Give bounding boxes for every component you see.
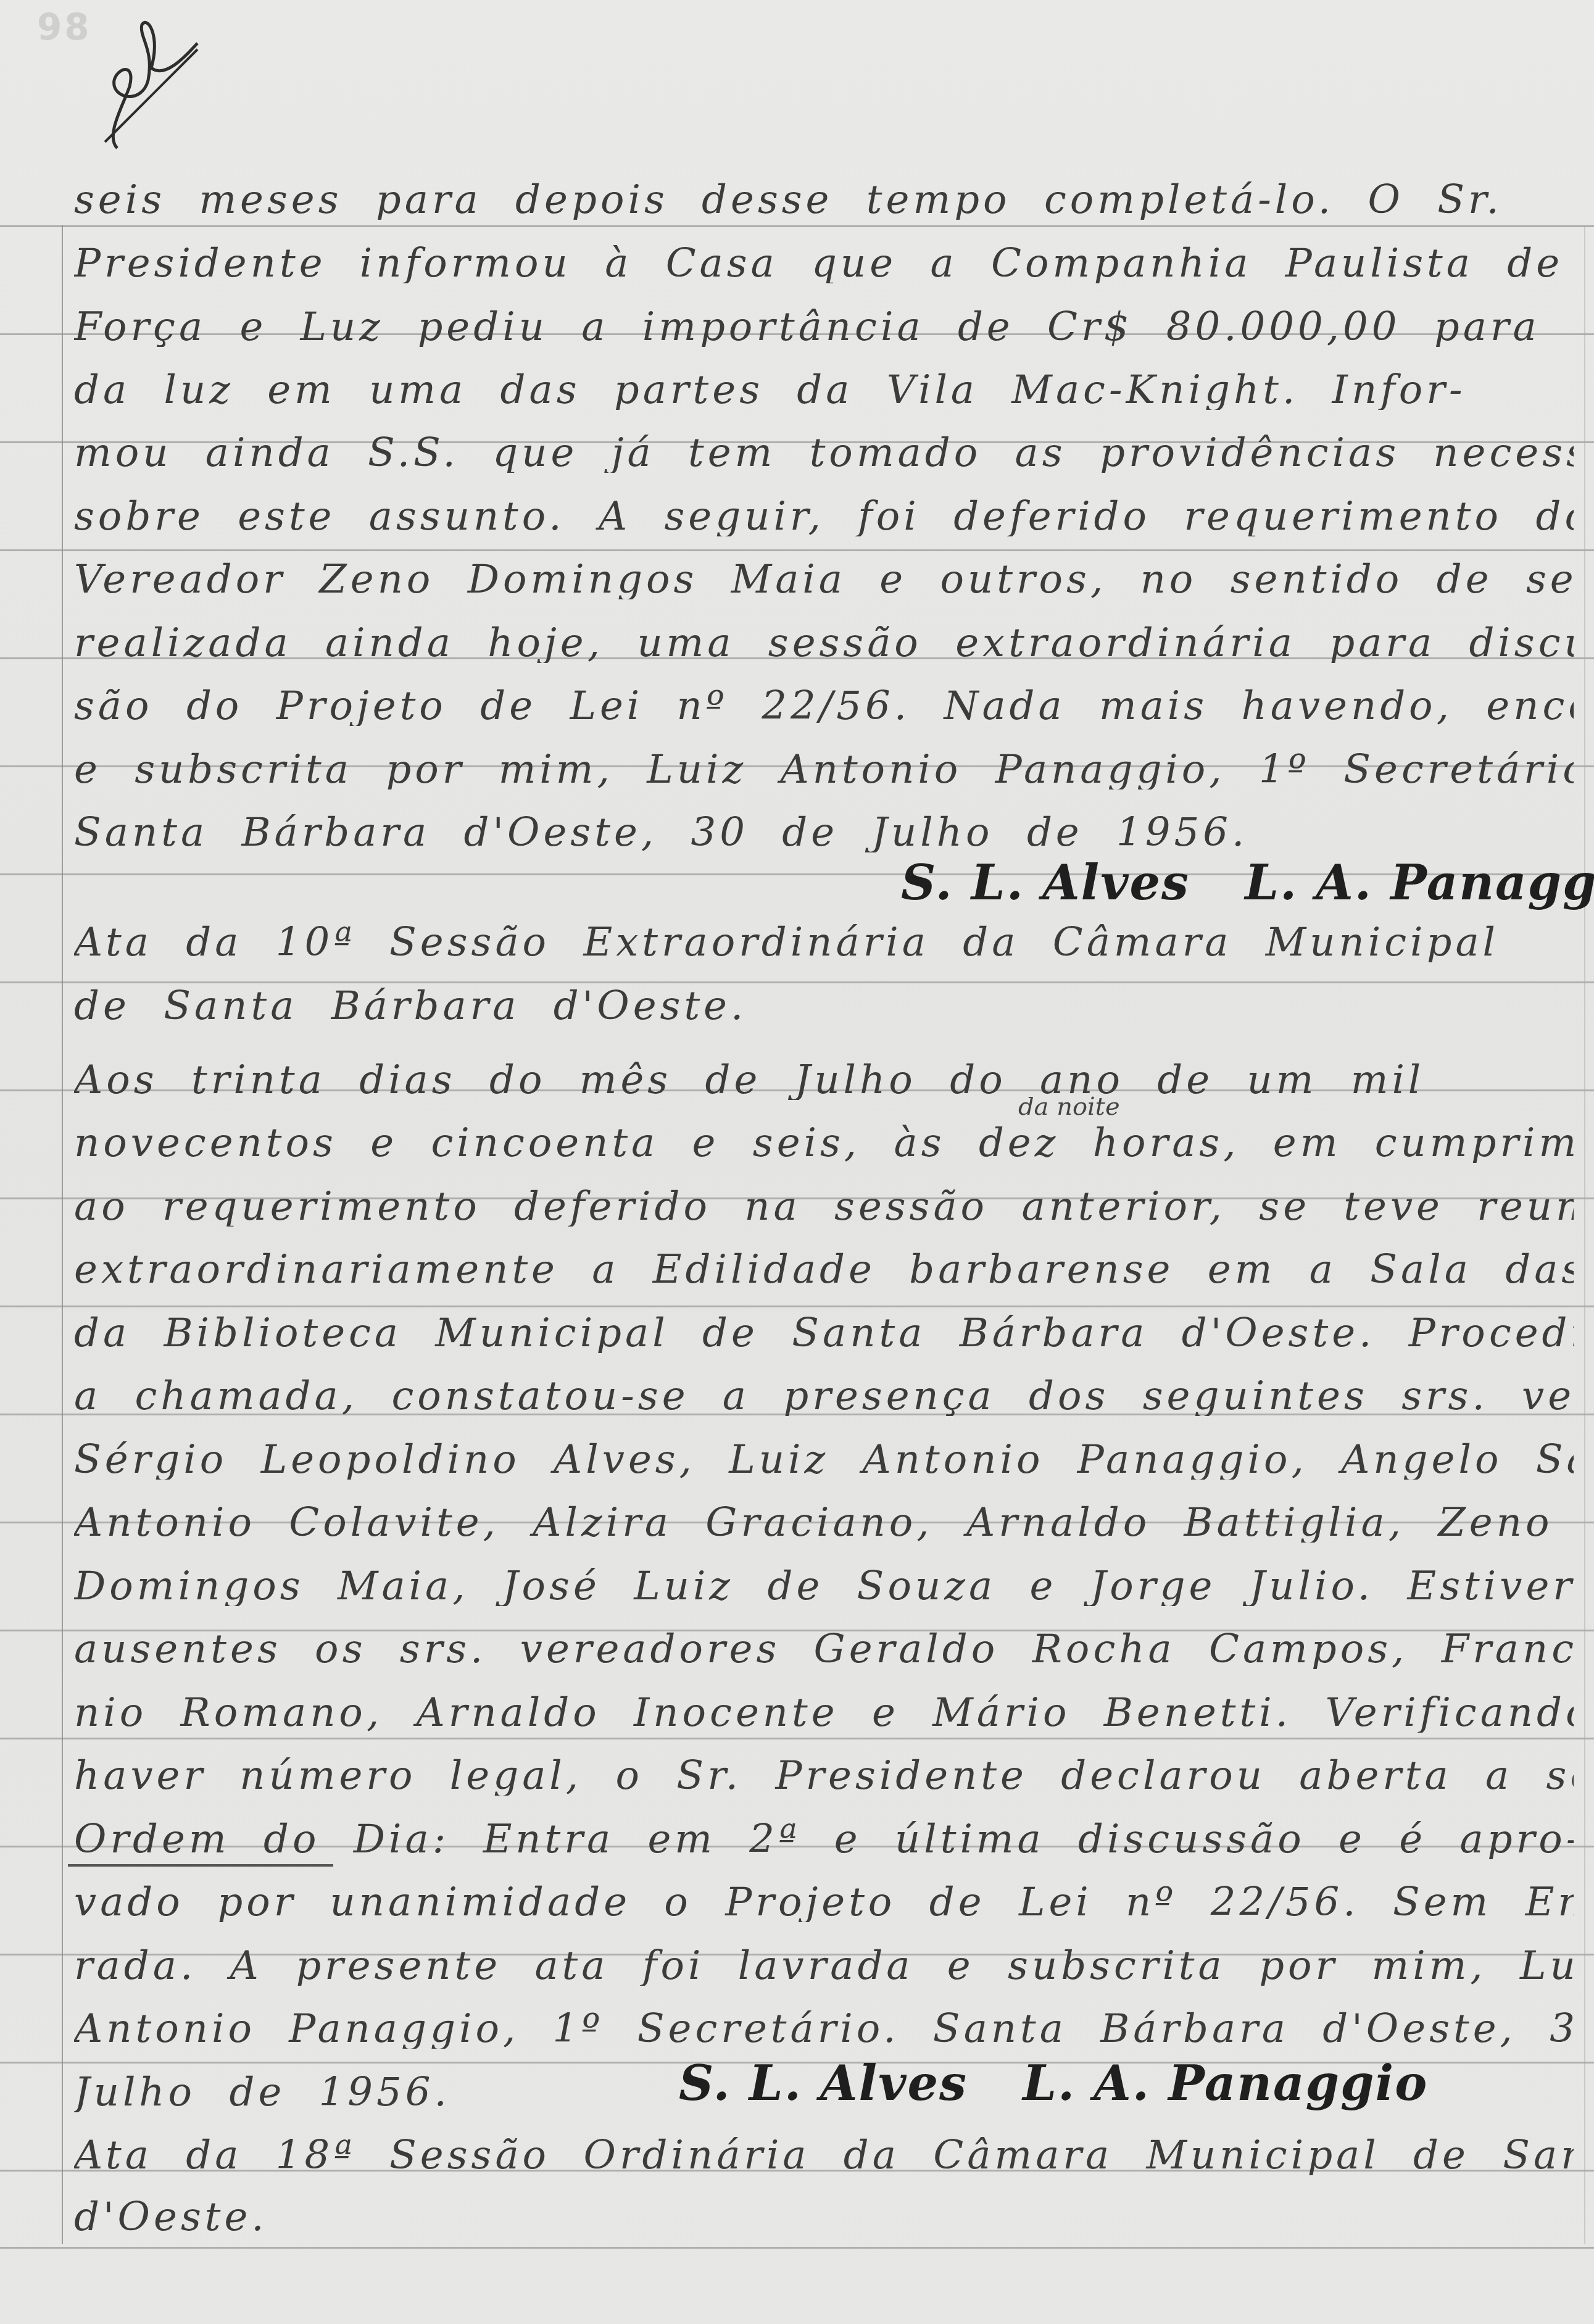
- text-line: vado por unanimidade o Projeto de Lei nº…: [74, 1883, 1574, 1922]
- text-line: ao requerimento deferido na sessão anter…: [74, 1187, 1574, 1227]
- ruled-line: [0, 981, 1594, 983]
- ruled-line: [0, 2247, 1594, 2249]
- text-line: Sérgio Leopoldino Alves, Luiz Antonio Pa…: [74, 1440, 1574, 1480]
- ruled-line: [0, 1738, 1594, 1739]
- text-line: são do Projeto de Lei nº 22/56. Nada mai…: [74, 686, 1574, 726]
- text-line: Antonio Panaggio, 1º Secretário. Santa B…: [74, 2009, 1574, 2049]
- ruled-line: [0, 225, 1594, 227]
- text-line: Força e Luz pediu a importância de Cr$ 8…: [74, 307, 1574, 347]
- text-line: ausentes os srs. vereadores Geraldo Roch…: [74, 1630, 1574, 1669]
- signature-alves: S. L. Alves: [679, 2055, 968, 2112]
- text-line: da Biblioteca Municipal de Santa Bárbara…: [74, 1314, 1574, 1353]
- ordem-do-dia-underline: [68, 1864, 333, 1867]
- text-line: d'Oeste.: [74, 2197, 1574, 2237]
- initials-signature-mark: [80, 12, 216, 154]
- agenda-line: Ordem do Dia: Entra em 2ª e última discu…: [74, 1820, 1574, 1859]
- text-line: da luz em uma das partes da Vila Mac-Kni…: [74, 370, 1574, 410]
- ruled-line: [0, 1306, 1594, 1307]
- signature-panaggio: L. A. Panaggio: [1245, 855, 1594, 911]
- text-line: Santa Bárbara d'Oeste, 30 de Julho de 19…: [74, 813, 1574, 852]
- text-line: realizada ainda hoje, uma sessão extraor…: [74, 623, 1574, 663]
- interlinear-insertion: da noite: [1018, 1093, 1120, 1121]
- signature-block: S. L. Alves L. A. Panaggio: [679, 2055, 1428, 2112]
- text-line: rada. A presente ata foi lavrada e subsc…: [74, 1946, 1574, 1986]
- session-title-line: de Santa Bárbara d'Oeste.: [74, 986, 1574, 1026]
- text-line: Antonio Colavite, Alzira Graciano, Arnal…: [74, 1503, 1574, 1543]
- text-line: Domingos Maia, José Luiz de Souza e Jorg…: [74, 1567, 1574, 1606]
- text-line: extraordinariamente a Edilidade barbaren…: [74, 1250, 1574, 1289]
- text-line: Aos trinta dias do mês de Julho do ano d…: [74, 1060, 1574, 1100]
- left-margin-line: [62, 225, 63, 2244]
- signature-panaggio: L. A. Panaggio: [1023, 2055, 1428, 2112]
- text-line: Presidente informou à Casa que a Companh…: [74, 244, 1574, 283]
- text-line: e subscrita por mim, Luiz Antonio Panagg…: [74, 750, 1574, 789]
- signature-alves: S. L. Alves: [901, 855, 1190, 911]
- right-margin-line: [1584, 225, 1585, 2244]
- text-line: a chamada, constatou-se a presença dos s…: [74, 1376, 1574, 1416]
- session-title-line: Ata da 10ª Sessão Extraordinária da Câma…: [74, 923, 1574, 962]
- ledger-page: 98 seis meses para depois desse tempo co…: [0, 0, 1594, 2324]
- text-line: Vereador Zeno Domingos Maia e outros, no…: [74, 560, 1574, 599]
- text-line: haver número legal, o Sr. Presidente dec…: [74, 1756, 1574, 1796]
- text-line: nio Romano, Arnaldo Inocente e Mário Ben…: [74, 1693, 1574, 1733]
- text-line: seis meses para depois desse tempo compl…: [74, 180, 1574, 220]
- text-line: mou ainda S.S. que já tem tomado as prov…: [74, 433, 1574, 473]
- text-line: novecentos e cincoenta e seis, às dez ho…: [74, 1123, 1574, 1163]
- ruled-line: [0, 549, 1594, 551]
- text-line: sobre este assunto. A seguir, foi deferi…: [74, 497, 1574, 536]
- session-title-line: Ata da 18ª Sessão Ordinária da Câmara Mu…: [74, 2136, 1574, 2175]
- signature-block: S. L. Alves L. A. Panaggio: [901, 855, 1594, 911]
